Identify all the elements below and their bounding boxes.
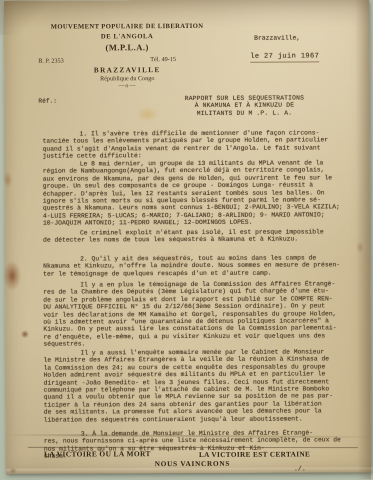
text-line: séquestrés. [43,340,351,349]
date-line: le 27 juin 1967 [250,52,319,62]
letterhead-city-block: BRAZZAVILLE République du Congo —o— [34,66,220,90]
org-name-line1: MOUVEMENT POPULAIRE DE LIBERATION [34,23,220,31]
paper-edge-shadow [355,0,371,479]
report-title-line3: MILITANTS DU M .P. L. A. [154,109,334,117]
stain [2,169,14,191]
letterhead-ornament: —o— [34,83,220,90]
po-box: B. P. 2353 [38,58,63,65]
slogan-center: NOUS VAINCRONS [6,459,373,469]
paragraph: 1. Il s'avère très difficile de mentionn… [43,129,351,160]
continuation-mark: ./. [294,465,306,472]
slogan-right: LA VICTOIRE EST CERTAINE [199,450,310,458]
text-line: 10-JOAQUIM ANTONIO; 11-PEDRO RANGEL; 12-… [43,219,351,228]
scanned-letter-page: MOUVEMENT POPULAIRE DE LIBERATION DE L'A… [4,0,371,474]
stain [3,261,21,291]
paragraph: Ce criminel exploit n'étant pas isolé, i… [43,228,351,244]
org-name-line2: DE L'ANGOLA [34,33,220,41]
text-line: ter le témoignage de quelques rescapés d… [43,269,351,278]
text-line: de détecter les noms de tous les séquest… [43,236,351,245]
paragraph: Il y a aussi l'enquête sommaire menée pa… [43,348,351,423]
slogan-left: LA VICTOIRE OU LA MORT [44,449,151,458]
country-name: République du Congo [34,75,220,83]
phone-number: Tél. 49-15 [150,56,176,63]
report-title: RAPPORT SUR LES SEQUESTRATIONS À NKAMUNA… [154,94,334,117]
place-line: Brazzaville, [254,35,300,42]
paragraph: Il y a en plus le témoignage de la Commi… [43,280,351,348]
reference-label: Réf.: [38,98,57,105]
text-line: libération des séquestrés continueraient… [44,415,352,424]
city-name: BRAZZAVILLE [34,66,220,75]
paragraph: Le 8 mai dernier, un groupe de 13 milita… [43,159,351,227]
stain [19,329,30,340]
stain [355,239,365,255]
org-acronym: (M.P.L.A.) [34,42,220,53]
paragraph: 2. Qu'il y ait des séquestrés, tout au m… [43,254,351,278]
